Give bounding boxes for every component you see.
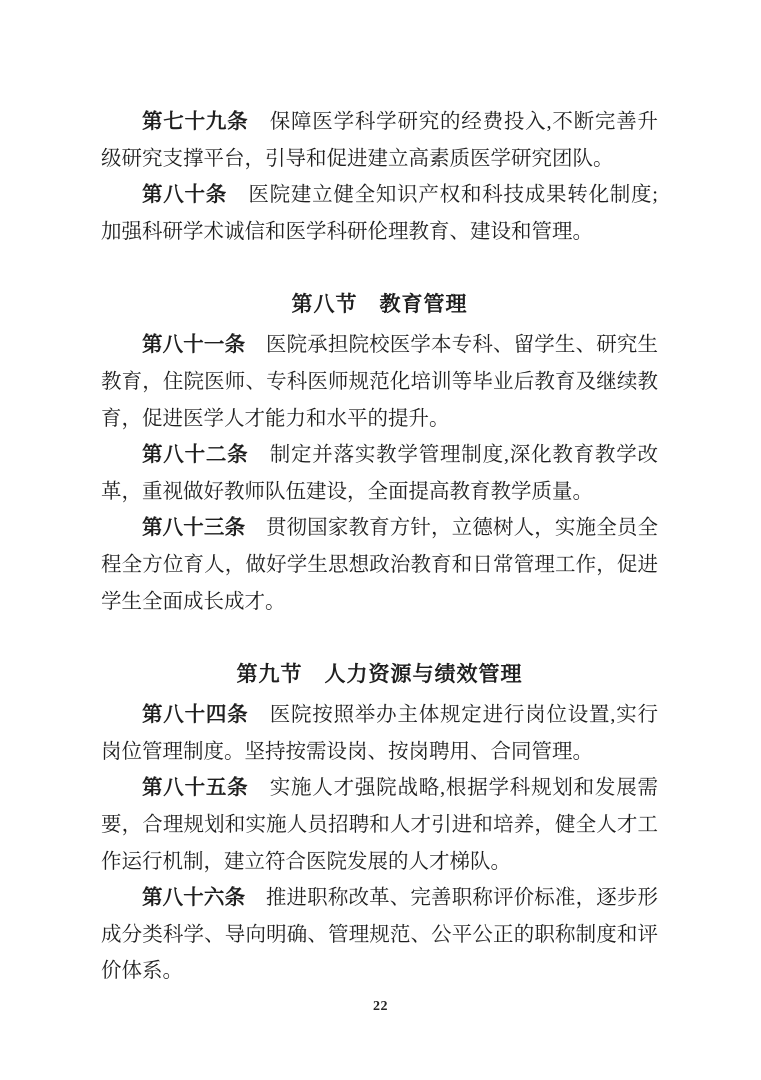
text-line: 价体系。 [101, 953, 658, 990]
text-line: 加强科研学术诚信和医学科研伦理教育、建设和管理。 [101, 214, 658, 251]
section-heading: 第九节 人力资源与绩效管理 [101, 656, 658, 693]
text-line: 级研究支撑平台，引导和促进建立高素质医学研究团队。 [101, 141, 658, 178]
text-line: 革，重视做好教师队伍建设，全面提高教育教学质量。 [101, 474, 658, 511]
text-line: 第七十九条 保障医学科学研究的经费投入,不断完善升 [101, 104, 658, 141]
paragraph: 第八十四条 医院按照举办主体规定进行岗位设置,实行岗位管理制度。坚持按需设岗、按… [101, 697, 658, 770]
text-line: 第八十条 医院建立健全知识产权和科技成果转化制度; [101, 177, 658, 214]
section-heading: 第八节 教育管理 [101, 286, 658, 323]
article-number: 第八十五条 [142, 777, 248, 799]
article-number: 第八十三条 [142, 517, 245, 539]
paragraph: 第八十三条 贯彻国家教育方针，立德树人，实施全员全程全方位育人，做好学生思想政治… [101, 510, 658, 620]
paragraph: 第八十五条 实施人才强院战略,根据学科规划和发展需要，合理规划和实施人员招聘和人… [101, 770, 658, 880]
text-line: 程全方位育人，做好学生思想政治教育和日常管理工作，促进 [101, 547, 658, 584]
article-number: 第八十条 [142, 184, 227, 206]
document-body: 第七十九条 保障医学科学研究的经费投入,不断完善升级研究支撑平台，引导和促进建立… [101, 104, 658, 990]
text-line: 育，促进医学人才能力和水平的提升。 [101, 401, 658, 438]
text-line: 第八十五条 实施人才强院战略,根据学科规划和发展需 [101, 770, 658, 807]
text-line: 第八十三条 贯彻国家教育方针，立德树人，实施全员全 [101, 510, 658, 547]
text-line: 学生全面成长成才。 [101, 584, 658, 621]
article-number: 第八十一条 [142, 334, 245, 356]
article-number: 第八十二条 [142, 444, 248, 466]
text-line: 第八十二条 制定并落实教学管理制度,深化教育教学改 [101, 437, 658, 474]
text-line: 第八十四条 医院按照举办主体规定进行岗位设置,实行 [101, 697, 658, 734]
paragraph: 第八十一条 医院承担院校医学本专科、留学生、研究生教育，住院医师、专科医师规范化… [101, 327, 658, 437]
text-line: 岗位管理制度。坚持按需设岗、按岗聘用、合同管理。 [101, 734, 658, 771]
article-number: 第八十六条 [142, 887, 245, 909]
text-line: 教育，住院医师、专科医师规范化培训等毕业后教育及继续教 [101, 364, 658, 401]
text-line: 第八十一条 医院承担院校医学本专科、留学生、研究生 [101, 327, 658, 364]
paragraph: 第八十条 医院建立健全知识产权和科技成果转化制度;加强科研学术诚信和医学科研伦理… [101, 177, 658, 250]
text-line: 作运行机制，建立符合医院发展的人才梯队。 [101, 844, 658, 881]
page-number: 22 [0, 999, 761, 1015]
text-line: 成分类科学、导向明确、管理规范、公平公正的职称制度和评 [101, 917, 658, 954]
document-page: 第七十九条 保障医学科学研究的经费投入,不断完善升级研究支撑平台，引导和促进建立… [0, 0, 761, 1080]
paragraph: 第八十六条 推进职称改革、完善职称评价标准，逐步形成分类科学、导向明确、管理规范… [101, 880, 658, 990]
paragraph: 第七十九条 保障医学科学研究的经费投入,不断完善升级研究支撑平台，引导和促进建立… [101, 104, 658, 177]
paragraph: 第八十二条 制定并落实教学管理制度,深化教育教学改革，重视做好教师队伍建设，全面… [101, 437, 658, 510]
article-number: 第七十九条 [142, 111, 248, 133]
text-line: 第八十六条 推进职称改革、完善职称评价标准，逐步形 [101, 880, 658, 917]
article-number: 第八十四条 [142, 704, 248, 726]
text-line: 要，合理规划和实施人员招聘和人才引进和培养，健全人才工 [101, 807, 658, 844]
